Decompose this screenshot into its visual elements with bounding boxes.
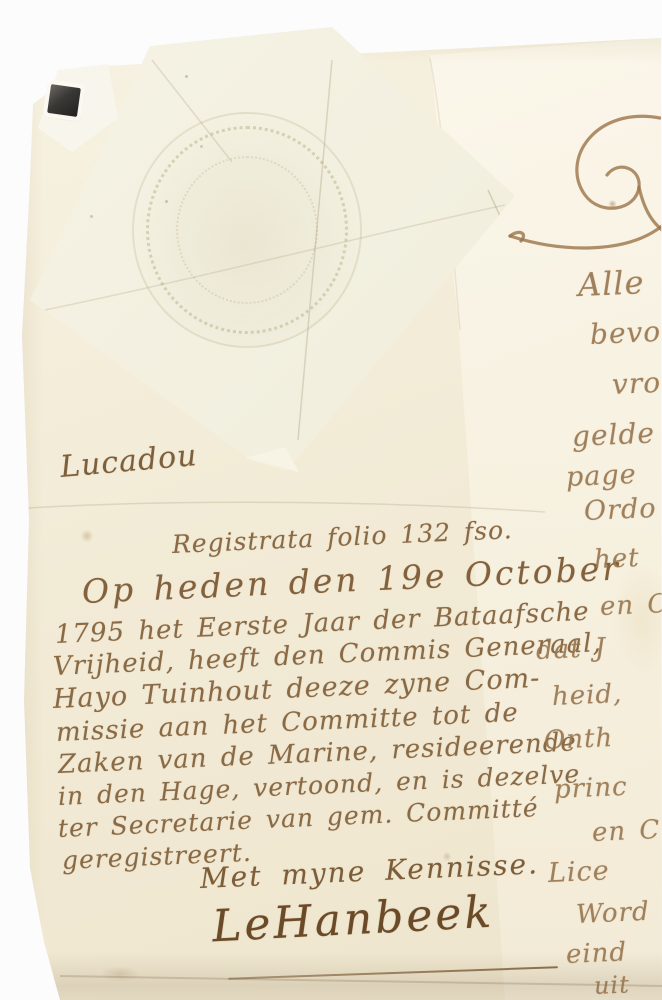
right-page-text-fragment: uit	[593, 970, 630, 1000]
paper-edge-shading	[0, 0, 48, 1000]
right-page-text-fragment: eind	[565, 937, 627, 970]
right-page-text-fragment: page	[565, 459, 637, 493]
docket-name-annotation: Lucadou	[59, 438, 199, 485]
photograph-of-manuscript: Registrata folio 132 fso. Op heden den 1…	[0, 0, 662, 1000]
right-page-text-fragment: gelde	[571, 416, 655, 453]
right-page-text-fragment: princ	[553, 772, 628, 805]
right-page-text-fragment: vroun	[611, 364, 662, 401]
right-page-text-fragment: Word	[575, 897, 650, 930]
right-page-text-fragment: en C	[599, 589, 662, 622]
seal-inner-ring	[176, 156, 318, 304]
embossed-seal	[132, 112, 362, 348]
ornate-initial-flourish	[500, 98, 662, 273]
right-page-text-fragment: Ordo	[583, 493, 657, 527]
right-page-text-fragment: bevor	[589, 314, 662, 351]
paper-stain	[100, 966, 140, 982]
metal-fastener-square	[47, 84, 81, 117]
right-page-text-fragment: Lice	[547, 855, 610, 889]
right-page-text-fragment: en C	[591, 815, 661, 848]
signature: LeHanbeek	[211, 887, 495, 953]
paper-stain	[80, 530, 94, 542]
manuscript-line-registrata: Registrata folio 132 fso.	[171, 515, 513, 559]
right-page-text-fragment: Onth	[543, 723, 614, 756]
right-page-text-fragment: het	[593, 543, 640, 575]
right-page-text-fragment: dat J	[535, 633, 607, 666]
right-page-text-fragment: heid,	[551, 679, 623, 712]
right-page-text-fragment: Alle	[577, 263, 645, 304]
